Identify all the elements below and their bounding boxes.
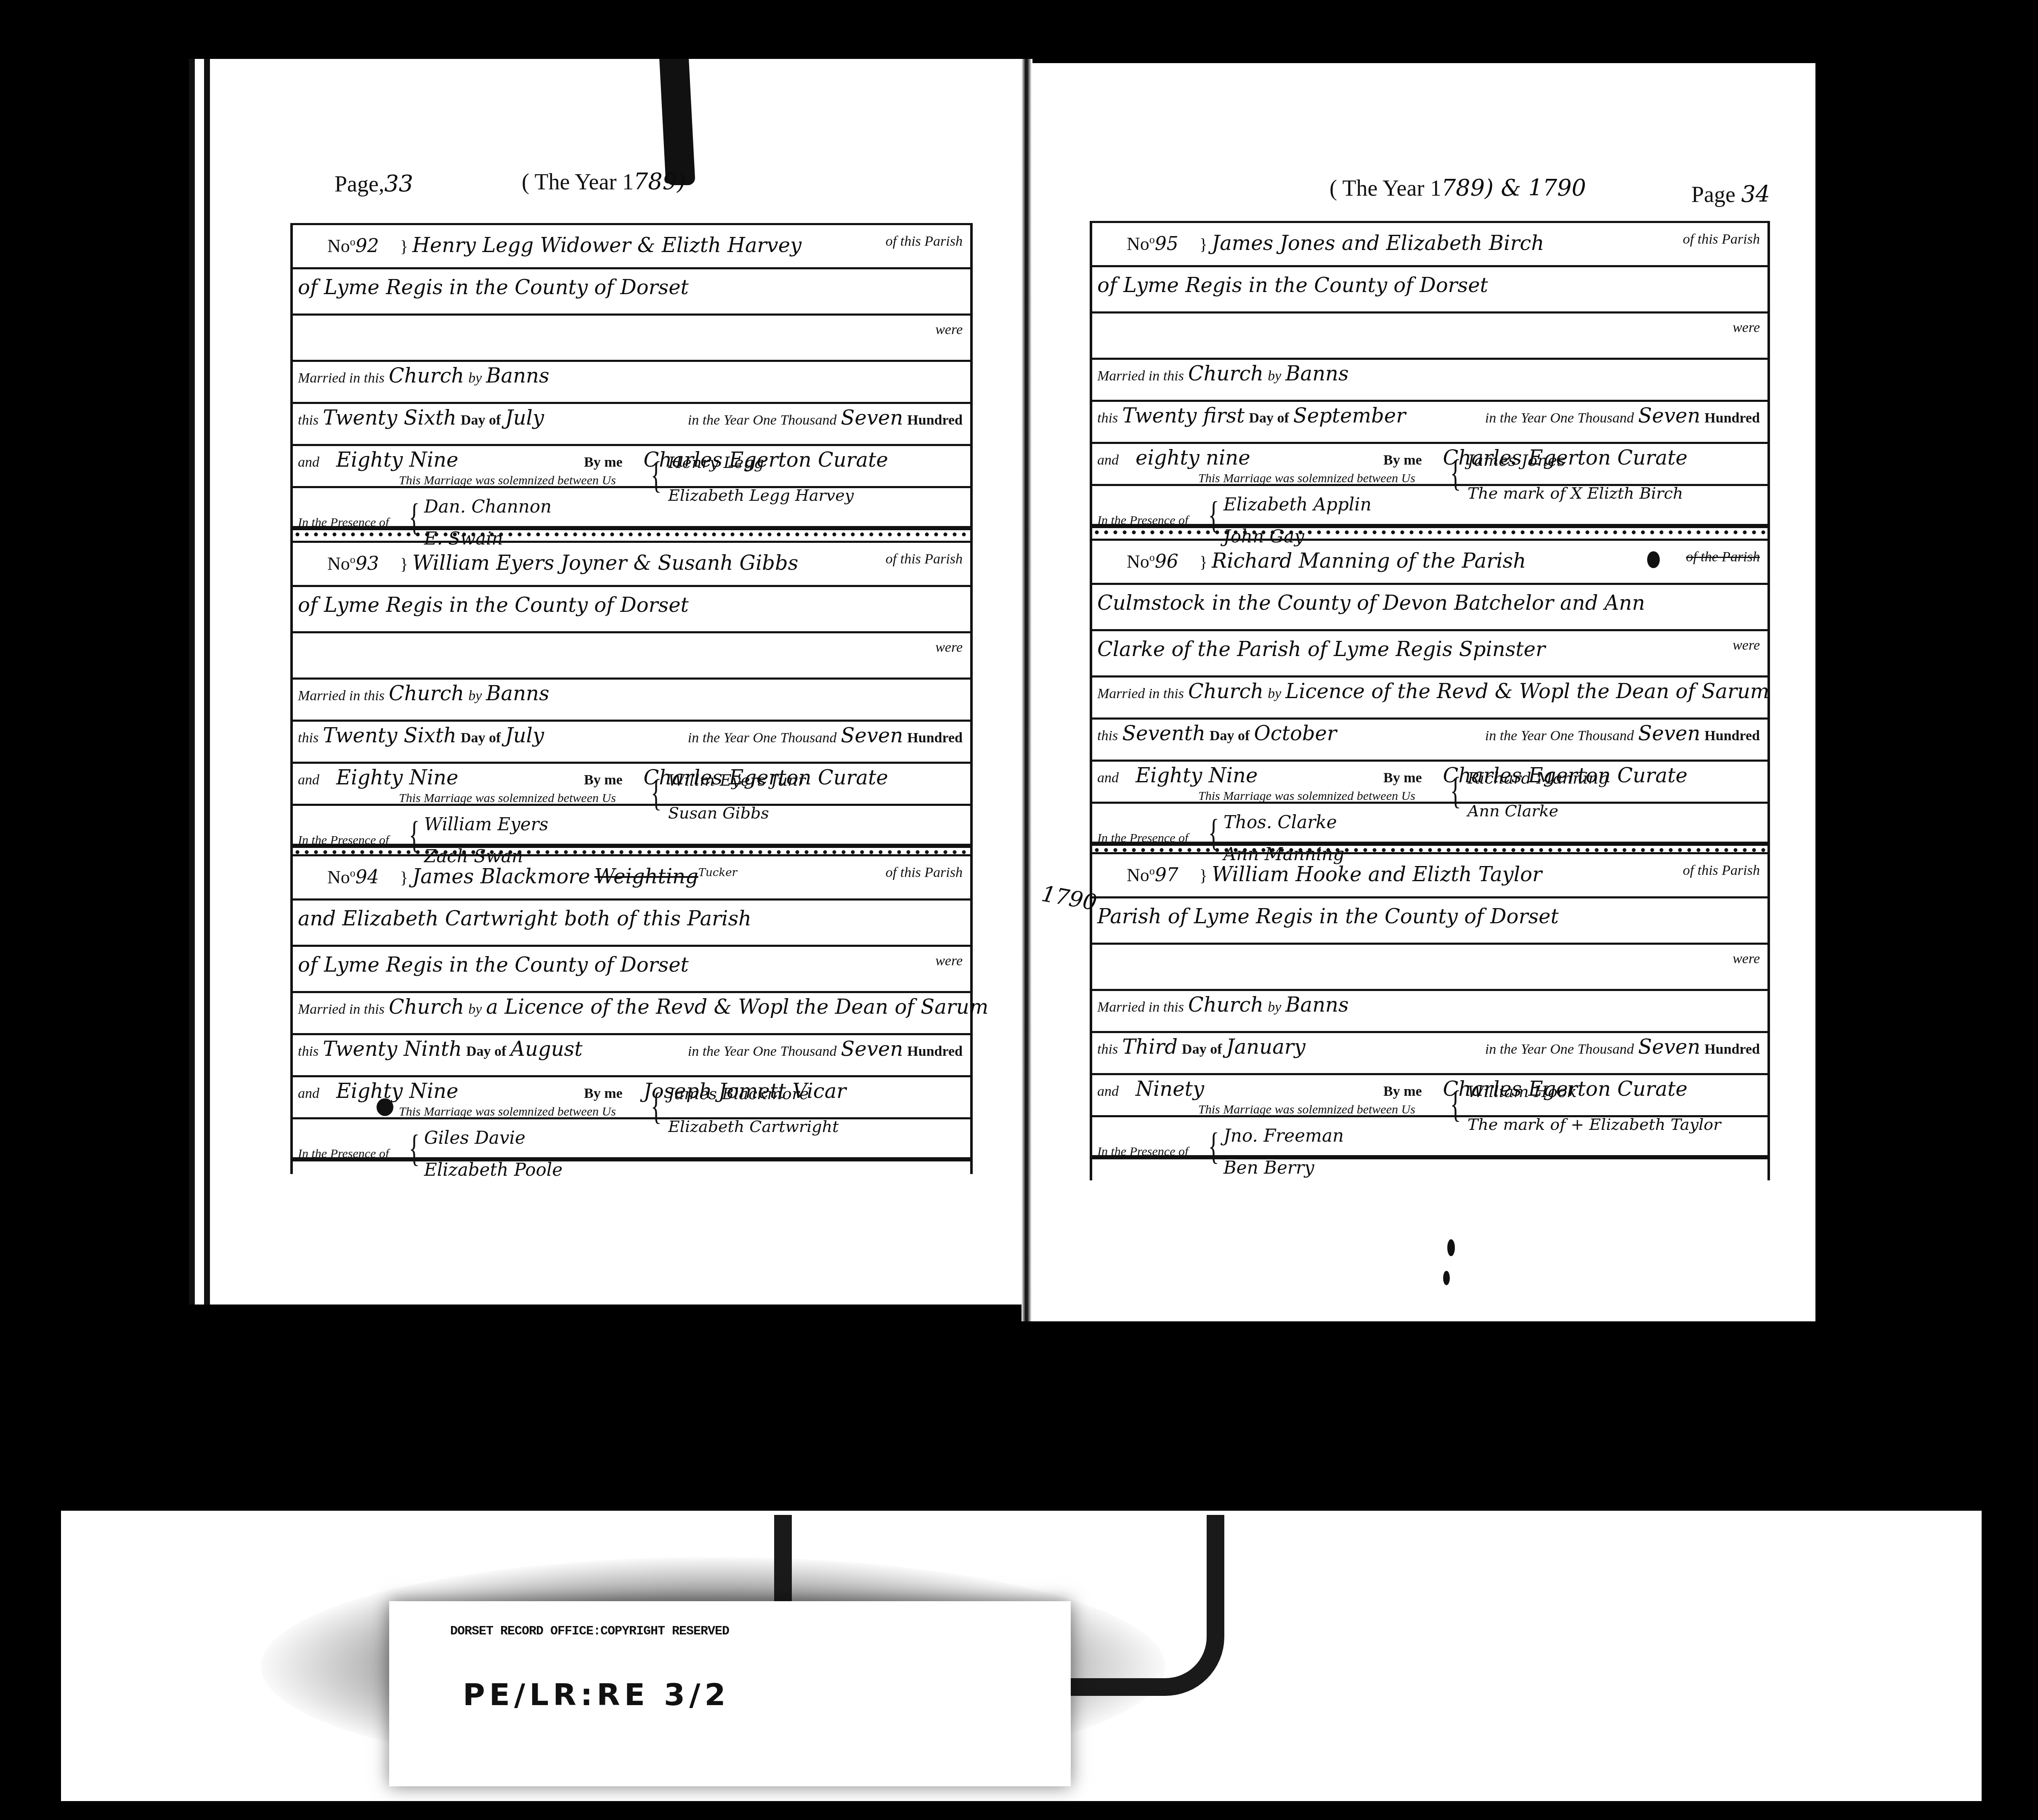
ruled-line (293, 402, 970, 404)
ruled-line (293, 945, 970, 947)
entry-officiant-line: and Ninety By me Charles Egerton Curate (1097, 1077, 1762, 1101)
ruled-line (293, 854, 970, 856)
entry-were-line: Clarke of the Parish of Lyme Regis Spins… (1097, 638, 1762, 661)
witness-1: Elizabeth Applin (1223, 494, 1372, 515)
year-header-left: ( The Year 1789) (522, 168, 686, 195)
month: August (510, 1037, 582, 1061)
signature-2: Elizabeth Legg Harvey (668, 486, 854, 505)
ruled-line (1092, 802, 1767, 804)
entry-residence-line: of Lyme Regis in the County of Dorset (298, 593, 965, 617)
parish-label: of this Parish (1683, 231, 1760, 247)
ruled-line (293, 223, 970, 225)
ornamental-divider (293, 531, 970, 537)
witness-1: Dan. Channon (424, 496, 552, 517)
ruled-line (293, 991, 970, 993)
parish-label: of this Parish (886, 551, 963, 567)
ink-blot (1447, 1239, 1455, 1256)
entry-married-line: Married in this Church by Banns (1097, 993, 1762, 1017)
occupation-interlined: Tucker (698, 866, 737, 879)
book-gutter (1022, 59, 1032, 1321)
entry-date-line: this Third Day of January in the Year On… (1097, 1035, 1762, 1059)
marriage-entry-95: Noo95 } James Jones and Elizabeth Birch … (1092, 221, 1767, 534)
ruled-line (293, 444, 970, 446)
ruled-line (293, 1159, 970, 1161)
marriage-entry-93: Noo93 } William Eyers Joyner & Susanh Gi… (293, 541, 970, 854)
entry-married-line: Married in this Church by Banns (1097, 362, 1762, 385)
ruled-line (1092, 1073, 1767, 1075)
ruled-line (1092, 1031, 1767, 1033)
ruled-line (293, 267, 970, 269)
year-words: eighty nine (1136, 446, 1250, 470)
signature-1: Willm Eyers Junr (668, 771, 806, 789)
entry-parties-line: Noo96 } Richard Manning of the Parish of… (1097, 549, 1762, 573)
entry-parties-line: Noo94 } James Blackmore WeightingTucker … (298, 865, 965, 888)
marriage-entry-94: Noo94 } James Blackmore WeightingTucker … (293, 854, 970, 1168)
ruled-line (1092, 539, 1767, 541)
parties: William Hooke and Elizth Taylor (1212, 863, 1542, 886)
ruled-line (1092, 1157, 1767, 1159)
entry-officiant-line: and Eighty Nine By me Charles Egerton Cu… (298, 766, 965, 789)
ruled-line (1092, 675, 1767, 678)
marriage-method: Banns (1285, 362, 1348, 385)
witness-1: Thos. Clarke (1223, 812, 1337, 832)
place: Church (1188, 993, 1263, 1017)
ruled-line (1092, 989, 1767, 991)
ruled-line (293, 1075, 970, 1077)
ruled-line (1092, 943, 1767, 945)
month: September (1293, 404, 1406, 428)
entry-number: Noo97 (1127, 865, 1178, 885)
entry-date-line: this Twenty Sixth Day of July in the Yea… (298, 406, 965, 430)
parish-label: of the Parish (1686, 549, 1760, 565)
archive-reference-card: DORSET RECORD OFFICE:COPYRIGHT RESERVED … (389, 1601, 1071, 1786)
entry-residence-line: Culmstock in the County of Devon Batchel… (1097, 591, 1762, 615)
ruled-line (293, 631, 970, 633)
entry-officiant-line: and Eighty Nine By me Joseph Jomett Vica… (298, 1079, 965, 1103)
month: October (1254, 722, 1337, 745)
entry-residence-line: Parish of Lyme Regis in the County of Do… (1097, 905, 1762, 928)
entry-married-line: Married in this Church by Banns (298, 364, 965, 388)
year-words: Eighty Nine (336, 766, 458, 789)
parties: James Jones and Elizabeth Birch (1212, 231, 1544, 255)
year-words: Eighty Nine (336, 1079, 458, 1103)
ruled-line (293, 486, 970, 488)
entry-parties-line: Noo95 } James Jones and Elizabeth Birch … (1097, 231, 1762, 255)
marriage-entry-92: Noo92 } Henry Legg Widower & Elizth Harv… (293, 223, 970, 537)
marriage-method: a Licence of the Revd & Wopl the Dean of… (486, 995, 988, 1019)
entry-residence-line: and Elizabeth Cartwright both of this Pa… (298, 907, 965, 930)
page-number-left: Page,33 (334, 170, 413, 197)
ruled-line (1092, 583, 1767, 585)
year-words: Ninety (1136, 1077, 1204, 1101)
occupation: WeightingTucker (594, 865, 737, 888)
entry-date-line: this Seventh Day of October in the Year … (1097, 722, 1762, 745)
ruled-line (1092, 358, 1767, 360)
witness-1: Jno. Freeman (1223, 1125, 1344, 1146)
entry-married-line: Married in this Church by Licence of the… (1097, 680, 1762, 703)
ruled-line (293, 1033, 970, 1035)
entry-residence-line: of Lyme Regis in the County of Dorset (1097, 274, 1762, 297)
day: Twenty Ninth (323, 1037, 462, 1061)
entry-parties-line: Noo93 } William Eyers Joyner & Susanh Gi… (298, 551, 965, 575)
ruled-line (293, 585, 970, 587)
signature-2: Elizabeth Cartwright (668, 1117, 839, 1136)
entry-officiant-line: and Eighty Nine By me Charles Egerton Cu… (298, 448, 965, 472)
ruled-line (293, 846, 970, 848)
entry-number: Noo94 (327, 867, 379, 887)
ruled-line (293, 762, 970, 764)
folded-corner (227, 59, 252, 93)
signature-2: The mark of + Elizabeth Taylor (1467, 1115, 1721, 1134)
year-header-right: ( The Year 1789) & 1790 (1329, 175, 1586, 201)
entry-officiant-line: and eighty nine By me Charles Egerton Cu… (1097, 446, 1762, 470)
day: Seventh (1122, 722, 1205, 745)
entry-number: Noo96 (1127, 551, 1178, 572)
ruled-line (293, 804, 970, 806)
day: Twenty Sixth (323, 724, 456, 747)
archive-reference: PE/LR:RE 3/2 (463, 1677, 730, 1712)
entry-were-line: of Lyme Regis in the County of Dorset we… (298, 953, 965, 977)
signature-1: Richard Manning (1467, 769, 1608, 787)
entry-parties-line: Noo97 } William Hooke and Elizth Taylor … (1097, 863, 1762, 886)
ruled-line (293, 360, 970, 362)
ruled-line (293, 898, 970, 901)
ruled-line (1092, 311, 1767, 314)
ruled-line (1092, 442, 1767, 444)
register-box-right: Noo95 } James Jones and Elizabeth Birch … (1090, 221, 1770, 1180)
entry-married-line: Married in this Church by Banns (298, 682, 965, 705)
marriage-entry-97: Noo97 } William Hooke and Elizth Taylor … (1092, 852, 1767, 1166)
ornamental-divider (1092, 529, 1767, 535)
year-words: Eighty Nine (336, 448, 458, 472)
ruled-line (1092, 221, 1767, 223)
ruled-line (1092, 265, 1767, 267)
marriage-entry-96: Noo96 } Richard Manning of the Parish of… (1092, 539, 1767, 852)
place: Church (1188, 362, 1263, 385)
day: Third (1122, 1035, 1178, 1059)
register-box-left: Noo92 } Henry Legg Widower & Elizth Harv… (290, 223, 973, 1174)
month: July (505, 406, 544, 430)
witness-2: Ben Berry (1223, 1157, 1314, 1178)
ruled-line (1092, 717, 1767, 720)
ruled-line (293, 1117, 970, 1119)
entry-officiant-line: and Eighty Nine By me Charles Egerton Cu… (1097, 764, 1762, 787)
day: Twenty first (1122, 404, 1245, 428)
ruled-line (1092, 629, 1767, 631)
marriage-method: Banns (486, 364, 549, 388)
witness-1: Giles Davie (424, 1127, 525, 1148)
entry-number: Noo92 (327, 236, 379, 256)
entry-date-line: this Twenty first Day of September in th… (1097, 404, 1762, 428)
marriage-method: Banns (1285, 993, 1348, 1017)
ruled-line (293, 314, 970, 316)
ruled-line (1092, 400, 1767, 402)
ruled-line (293, 541, 970, 543)
entry-married-line: Married in this Church by a Licence of t… (298, 995, 965, 1019)
marriage-method: Banns (486, 682, 549, 705)
parties: Henry Legg Widower & Elizth Harvey (412, 234, 801, 257)
witness-1: William Eyers (424, 814, 548, 834)
ruled-line (293, 720, 970, 722)
parish-label: of this Parish (886, 865, 963, 881)
place: Church (389, 364, 464, 388)
signature-2: Susan Gibbs (668, 804, 769, 822)
parties: William Eyers Joyner & Susanh Gibbs (412, 551, 798, 575)
parties: Richard Manning of the Parish (1212, 549, 1526, 573)
place: Church (389, 682, 464, 705)
ink-blot (377, 1098, 393, 1116)
ruled-line (293, 528, 970, 530)
day: Twenty Sixth (323, 406, 456, 430)
entry-number: Noo95 (1127, 234, 1178, 254)
entry-number: Noo93 (327, 553, 379, 574)
entry-date-line: this Twenty Sixth Day of July in the Yea… (298, 724, 965, 747)
ink-blot (1443, 1271, 1450, 1285)
entry-date-line: this Twenty Ninth Day of August in the Y… (298, 1037, 965, 1061)
year-words: Eighty Nine (1136, 764, 1258, 787)
ruled-line (1092, 844, 1767, 846)
ruled-line (1092, 896, 1767, 898)
ruled-line (1092, 526, 1767, 528)
copyright-notice: DORSET RECORD OFFICE:COPYRIGHT RESERVED (450, 1624, 729, 1639)
month: January (1226, 1035, 1305, 1059)
signature-1: William Hook (1467, 1082, 1577, 1101)
occupation-struck: Weighting (594, 865, 698, 888)
page-number-right: Page 34 (1691, 181, 1770, 207)
parish-label: of this Parish (886, 234, 963, 250)
parties: James Blackmore (412, 865, 590, 888)
ruled-line (293, 678, 970, 680)
entry-residence-line: of Lyme Regis in the County of Dorset (298, 276, 965, 299)
ruled-line (1092, 852, 1767, 854)
parish-label: of this Parish (1683, 863, 1760, 879)
signature-1: Henry Legg (668, 453, 764, 472)
ruled-line (1092, 760, 1767, 762)
entry-parties-line: Noo92 } Henry Legg Widower & Elizth Harv… (298, 234, 965, 257)
signature-1: James Blackmore (668, 1084, 809, 1103)
signature-2: Ann Clarke (1467, 802, 1558, 820)
witness-2: Elizabeth Poole (424, 1159, 563, 1180)
ink-blot (1647, 551, 1660, 568)
marriage-method: Licence of the Revd & Wopl the Dean of S… (1285, 680, 1769, 703)
signature-2: The mark of X Elizth Birch (1467, 484, 1683, 502)
signature-1: James Jones (1467, 451, 1566, 470)
place: Church (389, 995, 464, 1019)
place: Church (1188, 680, 1263, 703)
month: July (505, 724, 544, 747)
